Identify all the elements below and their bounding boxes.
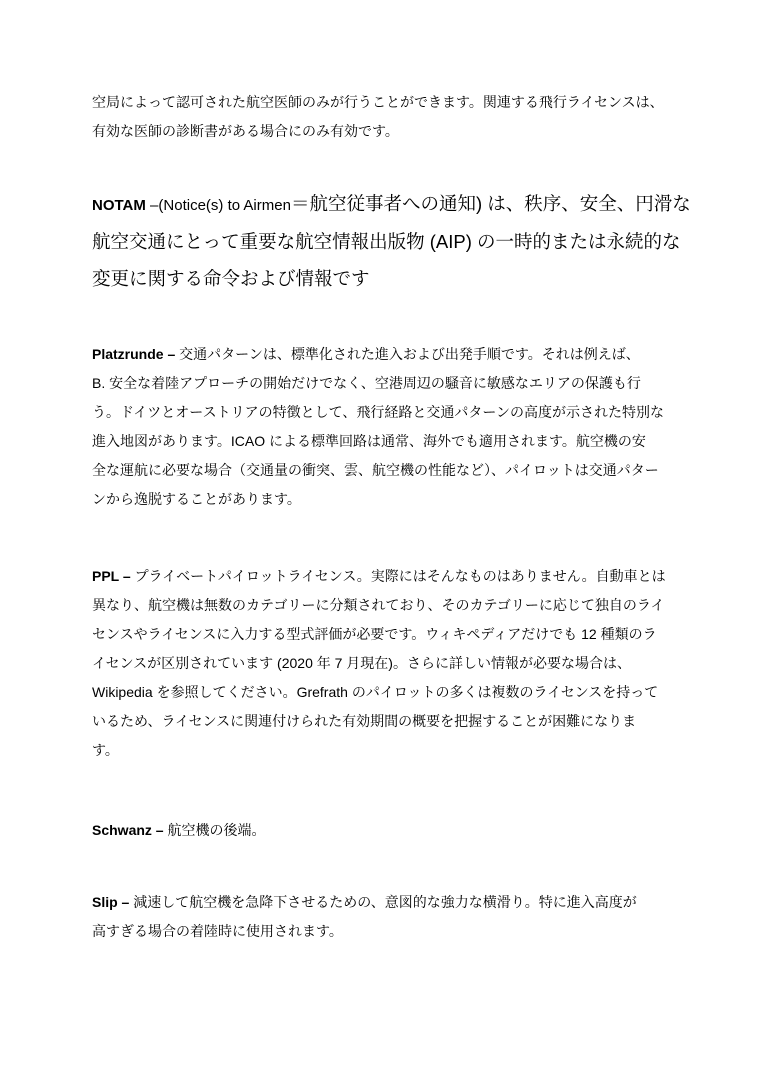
intro-line-1: 空局によって認可された航空医師のみが行うことができます。関連する飛行ライセンスは…	[92, 93, 664, 111]
entry-ppl-line-3: センスやライセンスに入力する型式評価が必要です。ウィキペディアだけでも 12 種…	[92, 625, 657, 643]
entry-dash: –	[152, 822, 168, 838]
document-page: 空局によって認可された航空医師のみが行うことができます。関連する飛行ライセンスは…	[0, 0, 763, 1079]
entry-term-slip: Slip	[92, 894, 118, 910]
entry-definition-text: プライベートパイロットライセンス。実際にはそんなものはありません。自動車とは	[135, 568, 666, 584]
entry-term-ppl: PPL	[92, 568, 119, 584]
entry-platzrunde-line-3: う。ドイツとオーストリアの特徴として、飛行経路と交通パターンの高度が示された特別…	[92, 403, 664, 421]
entry-platzrunde-line-1: Platzrunde – 交通パターンは、標準化された進入および出発手順です。そ…	[92, 345, 640, 363]
entry-slip-line-2: 高すぎる場合の着陸時に使用されます。	[92, 922, 343, 940]
notam-abbreviation: (Notice(s) to Airmen	[158, 197, 291, 214]
entry-notam-line-2: 航空交通にとって重要な航空情報出版物 (AIP) の一時的または永続的な	[92, 230, 681, 254]
entry-schwanz-line-1: Schwanz – 航空機の後端。	[92, 821, 265, 839]
intro-line-2: 有効な医師の診断書がある場合にのみ有効です。	[92, 122, 399, 140]
entry-dash: –	[146, 197, 159, 214]
entry-ppl-line-4: イセンスが区別されています (2020 年 7 月現在)。さらに詳しい情報が必要…	[92, 654, 631, 672]
entry-definition-text: 減速して航空機を急降下させるための、意図的な強力な横滑り。特に進入高度が	[133, 894, 636, 910]
entry-platzrunde-line-6: ンから逸脱することがあります。	[92, 490, 301, 508]
entry-definition-text: ＝航空従事者への通知) は、秩序、安全、円滑な	[291, 193, 691, 214]
entry-ppl-line-6: いるため、ライセンスに関連付けられた有効期間の概要を把握することが困難になりま	[92, 712, 636, 730]
entry-ppl-line-2: 異なり、航空機は無数のカテゴリーに分類されており、そのカテゴリーに応じて独自のラ…	[92, 596, 664, 614]
entry-ppl-line-1: PPL – プライベートパイロットライセンス。実際にはそんなものはありません。自…	[92, 567, 666, 585]
entry-term-platzrunde: Platzrunde	[92, 346, 164, 362]
entry-notam-line-1: NOTAM –(Notice(s) to Airmen＝航空従事者への通知) は…	[92, 192, 691, 218]
entry-dash: –	[164, 346, 180, 362]
entry-definition-text: 航空機の後端。	[167, 822, 265, 838]
entry-ppl-line-7: す。	[92, 741, 119, 759]
entry-dash: –	[119, 568, 135, 584]
entry-notam-line-3: 変更に関する命令および情報です	[92, 267, 370, 291]
entry-slip-line-1: Slip – 減速して航空機を急降下させるための、意図的な強力な横滑り。特に進入…	[92, 893, 637, 911]
entry-dash: –	[118, 894, 134, 910]
entry-term-notam: NOTAM	[92, 197, 146, 214]
entry-platzrunde-line-5: 全な運航に必要な場合（交通量の衝突、雲、航空機の性能など）、パイロットは交通パタ…	[92, 461, 659, 479]
entry-ppl-line-5: Wikipedia を参照してください。Grefrath のパイロットの多くは複…	[92, 683, 658, 701]
entry-term-schwanz: Schwanz	[92, 822, 152, 838]
entry-definition-text: 交通パターンは、標準化された進入および出発手順です。それは例えば、	[179, 346, 640, 362]
entry-platzrunde-line-4: 進入地図があります。ICAO による標準回路は通常、海外でも適用されます。航空機…	[92, 432, 646, 450]
entry-platzrunde-line-2: B. 安全な着陸アプローチの開始だけでなく、空港周辺の騒音に敏感なエリアの保護も…	[92, 374, 641, 392]
